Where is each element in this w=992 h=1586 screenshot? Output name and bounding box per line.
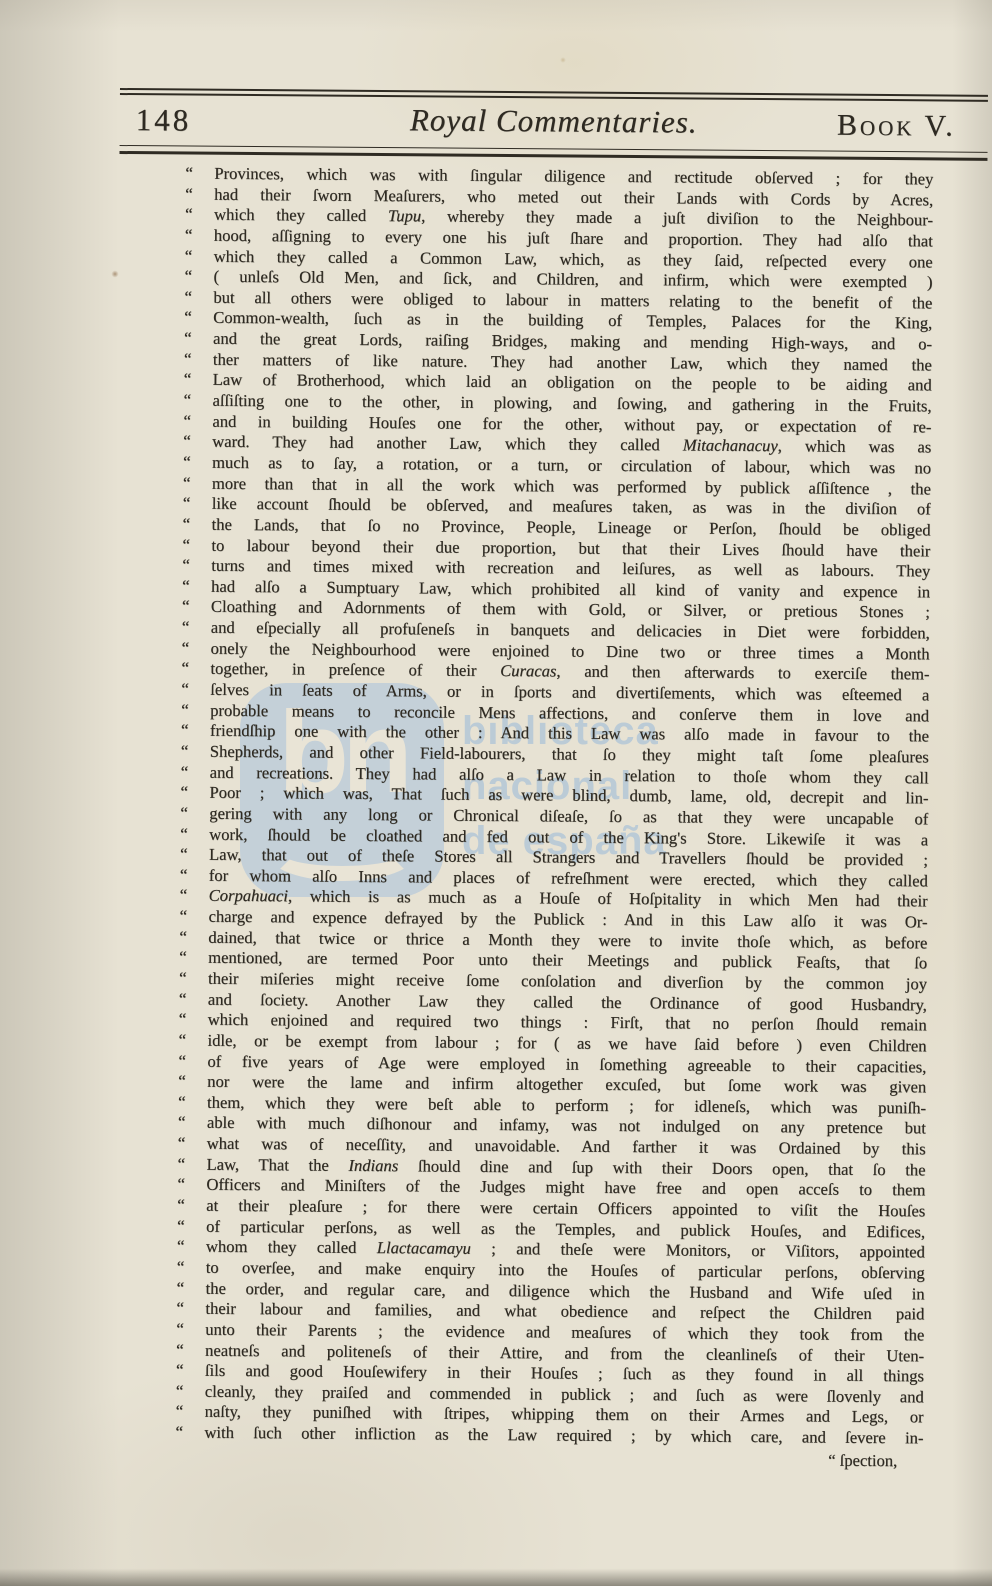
quote-mark: “ [182, 618, 211, 639]
quote-mark: “ [176, 1381, 205, 1402]
quote-mark: “ [179, 968, 208, 989]
quote-mark: “ [176, 1361, 205, 1382]
quote-mark: “ [177, 1257, 206, 1278]
quote-mark: “ [180, 845, 209, 866]
quote-mark: “ [182, 597, 211, 618]
quote-mark: “ [181, 721, 210, 742]
quote-mark: “ [184, 287, 213, 308]
text-line-content: with ſuch other infliction as the Law re… [204, 1423, 923, 1449]
quote-mark: “ [185, 205, 214, 226]
quote-mark: “ [178, 1092, 207, 1113]
quote-mark: “ [181, 680, 210, 701]
quote-mark: “ [178, 1134, 207, 1155]
quote-mark: “ [183, 473, 212, 494]
quote-mark: “ [178, 1051, 207, 1072]
quote-mark: “ [179, 948, 208, 969]
quote-mark: “ [180, 865, 209, 886]
quote-mark: “ [183, 411, 212, 432]
quote-mark: “ [179, 1010, 208, 1031]
quote-mark: “ [177, 1237, 206, 1258]
quote-mark: “ [183, 391, 212, 412]
printed-page: 148 Royal Commentaries. Book V. “Provinc… [109, 88, 988, 1472]
quote-mark: “ [177, 1216, 206, 1237]
quote-mark: “ [175, 1423, 204, 1444]
quote-mark: “ [176, 1319, 205, 1340]
quote-mark: “ [177, 1175, 206, 1196]
quote-mark: “ [183, 452, 212, 473]
quote-mark: “ [182, 638, 211, 659]
quote-mark: “ [176, 1402, 205, 1423]
quote-mark: “ [182, 576, 211, 597]
quote-mark: “ [178, 1113, 207, 1134]
running-header: 148 Royal Commentaries. Book V. [120, 95, 988, 152]
quote-mark: “ [180, 803, 209, 824]
quote-mark: “ [184, 349, 213, 370]
quote-mark: “ [182, 535, 211, 556]
quote-mark: “ [179, 927, 208, 948]
quote-mark: “ [177, 1154, 206, 1175]
quote-mark: “ [185, 246, 214, 267]
quote-mark: “ [180, 886, 209, 907]
scanned-book-page: { "page": { "page_number": "148", "title… [0, 0, 992, 1586]
quote-mark: “ [176, 1340, 205, 1361]
quote-mark: “ [178, 1030, 207, 1051]
quote-mark: “ [185, 164, 214, 185]
quote-mark: “ [184, 308, 213, 329]
quote-mark: “ [182, 514, 211, 535]
quote-mark: “ [181, 762, 210, 783]
quote-mark: “ [184, 267, 213, 288]
quote-mark: “ [185, 225, 214, 246]
quote-mark: “ [182, 556, 211, 577]
quote-mark: “ [180, 783, 209, 804]
quote-mark: “ [176, 1278, 205, 1299]
quote-mark: “ [177, 1196, 206, 1217]
quote-mark: “ [183, 494, 212, 515]
quote-mark: “ [184, 370, 213, 391]
quote-mark: “ [179, 989, 208, 1010]
quote-mark: “ [178, 1072, 207, 1093]
quote-mark: “ [179, 907, 208, 928]
quote-mark: “ [184, 329, 213, 350]
quote-mark: “ [185, 184, 214, 205]
book-label: Book V. [837, 109, 956, 144]
quote-mark: “ [181, 700, 210, 721]
body-text: “Provinces, which was with ſingular dili… [175, 164, 933, 1472]
quote-mark: “ [176, 1299, 205, 1320]
quote-mark: “ [181, 659, 210, 680]
quote-mark: “ [180, 824, 209, 845]
quote-mark: “ [181, 741, 210, 762]
quote-mark: “ [183, 432, 212, 453]
